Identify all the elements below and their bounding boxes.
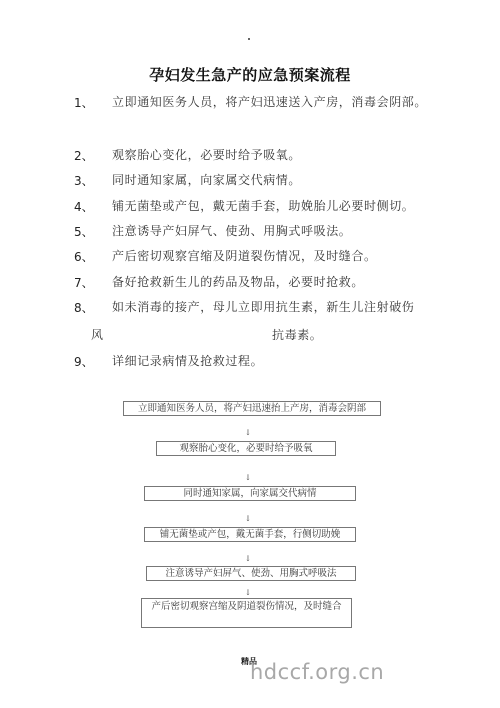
arrow-down-icon: ↓ [244, 555, 252, 563]
step-number: 7、 [74, 274, 94, 291]
document-title: 孕妇发生急产的应急预案流程 [0, 64, 500, 85]
arrow-down-icon: ↓ [244, 429, 252, 437]
flow-box-5: 注意诱导产妇屏气、使劲、用胸式呼吸法 [146, 566, 356, 581]
step-text: 详细记录病情及抢救过程。 [112, 352, 263, 369]
step-number: 3、 [74, 172, 94, 189]
step-text: 铺无菌垫或产包，戴无菌手套，助娩胎儿必要时侧切。 [112, 197, 414, 214]
step-number: 1、 [74, 94, 94, 111]
flow-box-2: 观察胎心变化，必要时给予吸氧 [156, 441, 336, 456]
arrow-down-icon: ↓ [244, 474, 252, 482]
flow-box-4: 铺无菌垫或产包，戴无菌手套，行侧切助娩 [144, 527, 356, 542]
step-text: 产后密切观察宫缩及阴道裂伤情况，及时缝合。 [112, 247, 377, 264]
flow-box-6: 产后密切观察宫缩及阴道裂伤情况，及时缝合 [141, 598, 352, 628]
step-continuation-right: 抗毒素。 [272, 326, 322, 343]
arrow-down-icon: ↓ [244, 515, 252, 523]
step-continuation-left: 风 [91, 326, 104, 343]
step-number: 5、 [74, 223, 94, 240]
step-text: 同时通知家属，向家属交代病情。 [112, 171, 301, 188]
step-number: 9、 [74, 353, 94, 370]
step-text: 观察胎心变化，必要时给予吸氧。 [112, 146, 301, 163]
header-mark [248, 38, 250, 40]
step-text: 备好抢救新生儿的药品及物品，必要时抢救。 [112, 273, 364, 290]
step-number: 2、 [74, 147, 94, 164]
step-number: 6、 [74, 248, 94, 265]
step-text: 立即通知医务人员，将产妇迅速送入产房，消毒会阴部。 [112, 93, 427, 110]
step-number: 8、 [74, 299, 94, 316]
arrow-down-icon: ↓ [244, 589, 252, 597]
step-number: 4、 [74, 198, 94, 215]
flow-box-3: 同时通知家属，向家属交代病情 [144, 486, 356, 501]
step-text: 注意诱导产妇屏气、使劲、用胸式呼吸法。 [112, 222, 351, 239]
flow-box-1: 立即通知医务人员，将产妇迅速抬上产房，消毒会阴部 [123, 401, 381, 416]
watermark: hdccf.org.cn [250, 660, 384, 684]
step-text: 如未消毒的接产，母儿立即用抗生素，新生儿注射破伤 [112, 298, 414, 315]
